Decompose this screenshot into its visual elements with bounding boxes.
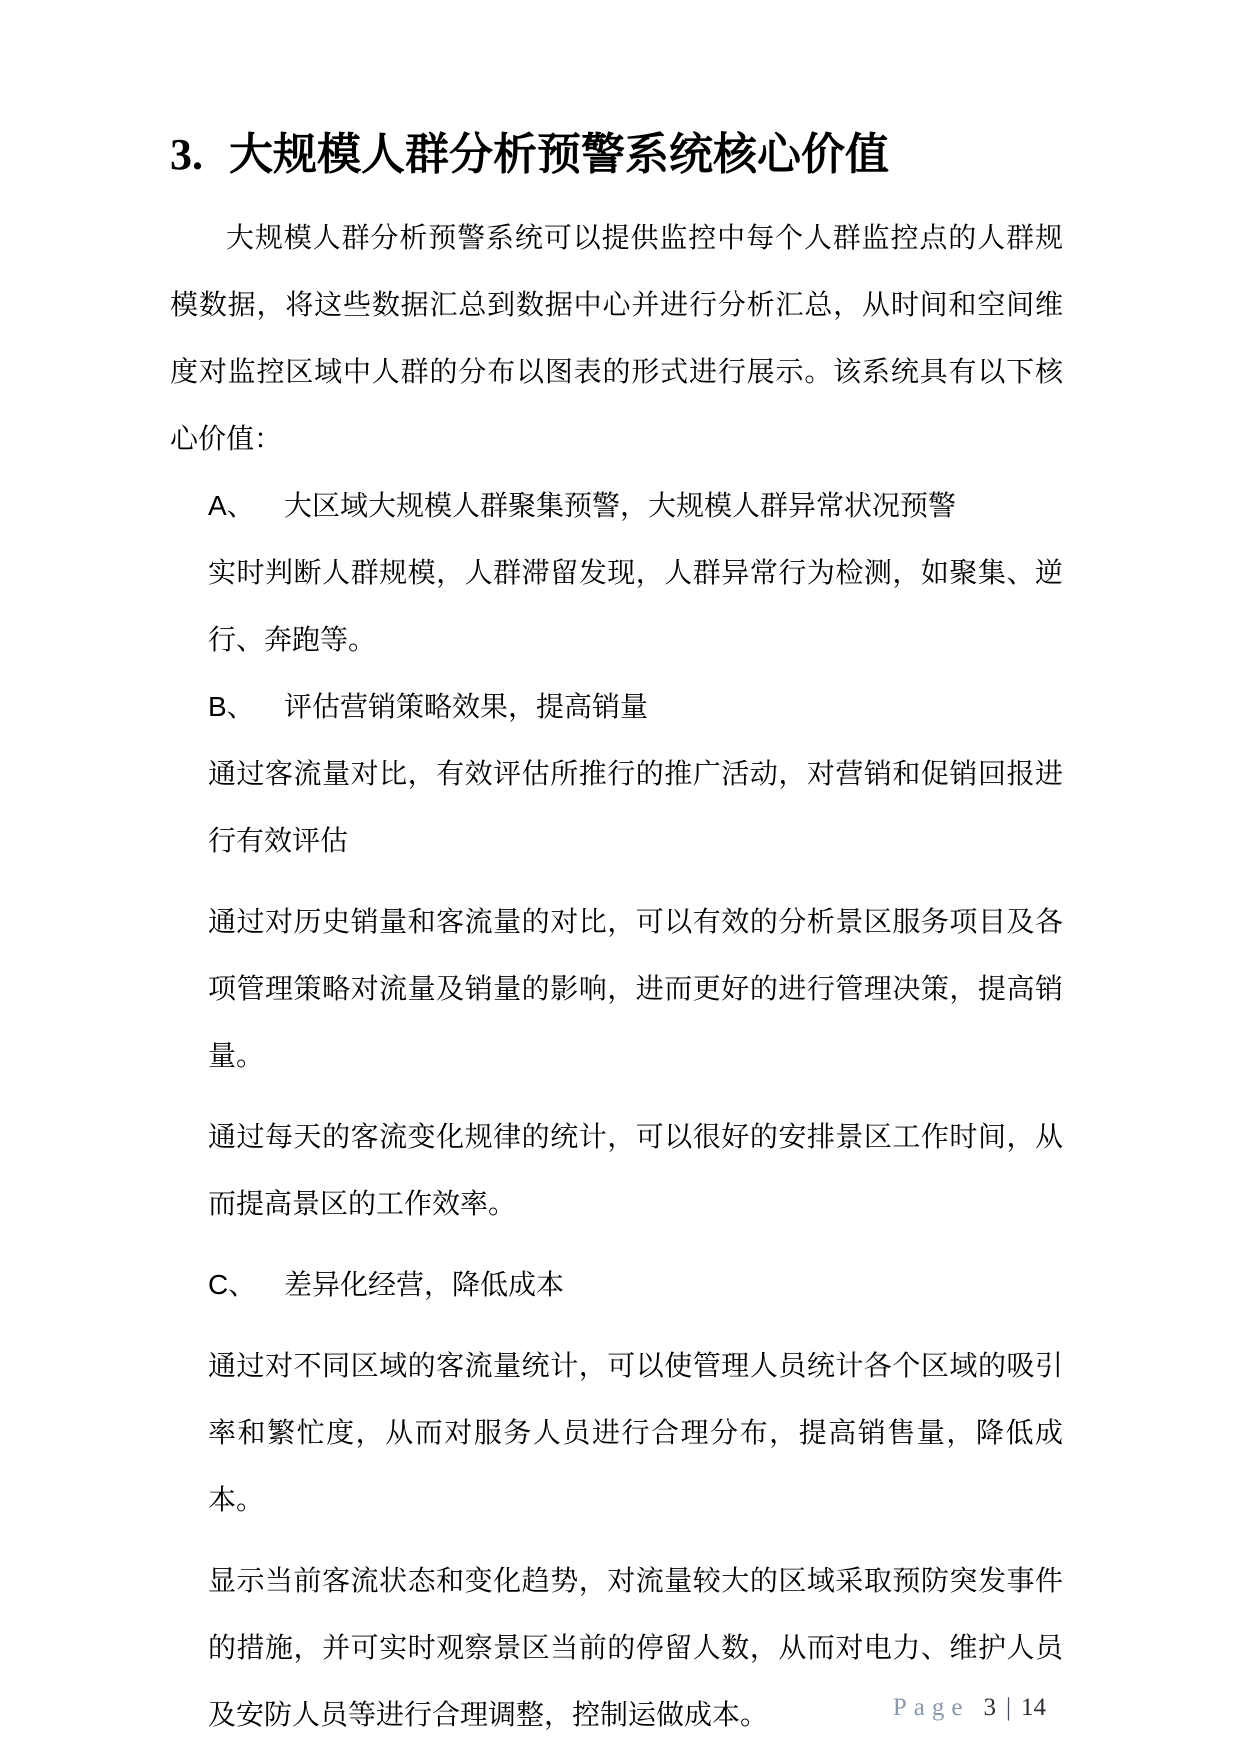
document-page: 3.大规模人群分析预警系统核心价值 大规模人群分析预警系统可以提供监控中每个人群… (0, 0, 1240, 1754)
paragraph: 通过对历史销量和客流量的对比，可以有效的分析景区服务项目及各项管理策略对流量及销… (208, 888, 1063, 1089)
paragraph-text: 大规模人群分析预警系统可以提供监控中每个人群监控点的人群规模数据，将这些数据汇总… (170, 222, 1063, 454)
paragraph-text: 差异化经营，降低成本 (284, 1269, 564, 1300)
document-body: 3.大规模人群分析预警系统核心价值 大规模人群分析预警系统可以提供监控中每个人群… (170, 126, 1063, 1748)
paragraph-text: 通过每天的客流变化规律的统计，可以很好的安排景区工作时间，从而提高景区的工作效率… (208, 1121, 1063, 1219)
paragraph: 实时判断人群规模，人群滞留发现，人群异常行为检测，如聚集、逆行、奔跑等。 (208, 539, 1063, 673)
paragraph-text: 大区域大规模人群聚集预警，大规模人群异常状况预警 (284, 490, 956, 521)
paragraph: 通过对不同区域的客流量统计，可以使管理人员统计各个区域的吸引率和繁忙度，从而对服… (208, 1332, 1063, 1533)
paragraph: 大规模人群分析预警系统可以提供监控中每个人群监控点的人群规模数据，将这些数据汇总… (170, 204, 1063, 472)
section-heading: 3.大规模人群分析预警系统核心价值 (170, 126, 1063, 184)
footer-page-label: Page (893, 1694, 970, 1721)
paragraph: 通过客流量对比，有效评估所推行的推广活动，对营销和促销回报进行有效评估 (208, 740, 1063, 874)
paragraph: 通过每天的客流变化规律的统计，可以很好的安排景区工作时间，从而提高景区的工作效率… (208, 1103, 1063, 1237)
paragraph-text: 通过客流量对比，有效评估所推行的推广活动，对营销和促销回报进行有效评估 (208, 758, 1063, 856)
list-marker: C、 (208, 1251, 284, 1318)
footer-total-pages: 14 (1021, 1694, 1046, 1721)
list-item-a: A、大区域大规模人群聚集预警，大规模人群异常状况预警 (208, 472, 1063, 539)
section-number: 3. (170, 130, 203, 179)
paragraph-text: 实时判断人群规模，人群滞留发现，人群异常行为检测，如聚集、逆行、奔跑等。 (208, 557, 1063, 655)
paragraph-list: 大规模人群分析预警系统可以提供监控中每个人群监控点的人群规模数据，将这些数据汇总… (170, 204, 1063, 1748)
paragraph-text: 通过对不同区域的客流量统计，可以使管理人员统计各个区域的吸引率和繁忙度，从而对服… (208, 1350, 1063, 1515)
list-marker: B、 (208, 673, 284, 740)
list-item-c: C、差异化经营，降低成本 (208, 1251, 1063, 1318)
list-item-b: B、评估营销策略效果，提高销量 (208, 673, 1063, 740)
paragraph-text: 通过对历史销量和客流量的对比，可以有效的分析景区服务项目及各项管理策略对流量及销… (208, 906, 1063, 1071)
footer-current-page: 3 (983, 1694, 996, 1721)
section-title: 大规模人群分析预警系统核心价值 (229, 130, 889, 179)
paragraph-text: 评估营销策略效果，提高销量 (284, 691, 648, 722)
page-footer: Page3|14 (893, 1693, 1046, 1723)
footer-separator: | (1006, 1694, 1011, 1721)
list-marker: A、 (208, 472, 284, 539)
